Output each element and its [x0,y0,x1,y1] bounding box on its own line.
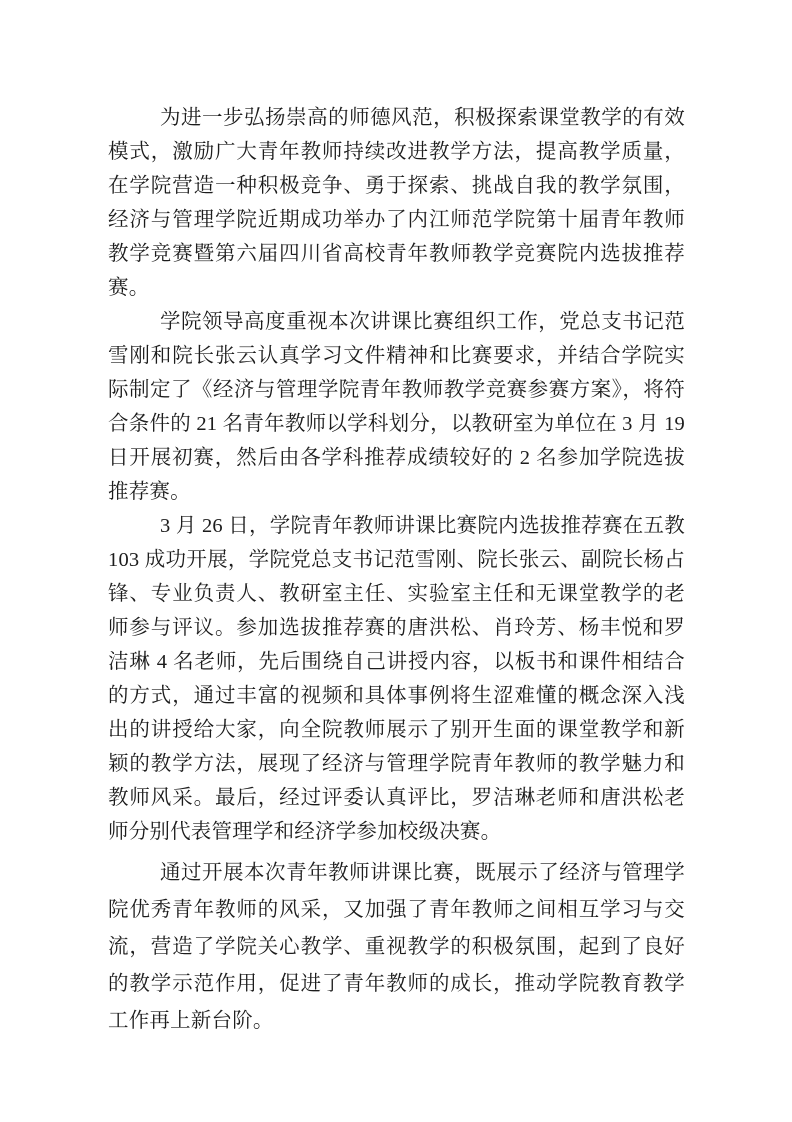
body-paragraph-2: 学院领导高度重视本次讲课比赛组织工作，党总支书记范雪刚和院长张云认真学习文件精神… [108,305,685,509]
body-paragraph-3: 3 月 26 日，学院青年教师讲课比赛院内选拔推荐赛在五教 103 成功开展，学… [108,509,685,849]
body-paragraph-4: 通过开展本次青年教师讲课比赛，既展示了经济与管理学院优秀青年教师的风采，又加强了… [108,855,685,1040]
document-page: 为进一步弘扬崇高的师德风范，积极探索课堂教学的有效模式，激励广大青年教师持续改进… [0,0,792,1122]
body-paragraph-1: 为进一步弘扬崇高的师德风范，积极探索课堂教学的有效模式，激励广大青年教师持续改进… [108,101,685,305]
document-body: 为进一步弘扬崇高的师德风范，积极探索课堂教学的有效模式，激励广大青年教师持续改进… [108,101,685,1040]
